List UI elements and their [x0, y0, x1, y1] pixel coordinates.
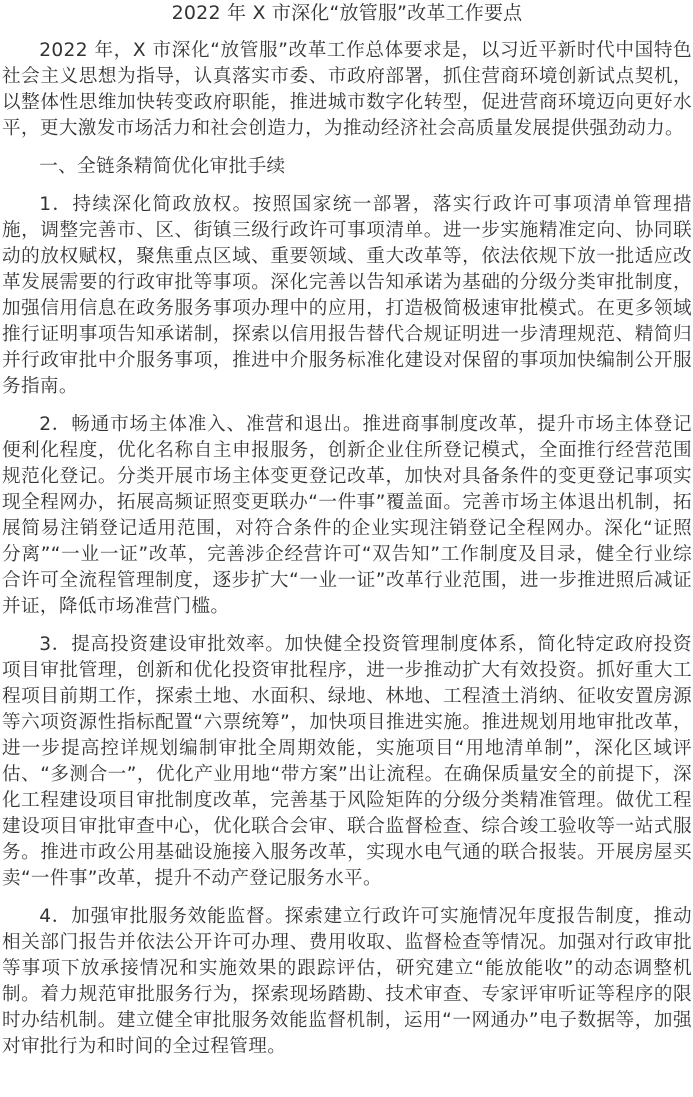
document: 2022 年 X 市深化“放管服”改革工作要点 2022 年，X 市深化“放管服… — [0, 0, 693, 1060]
item-paragraph-4: 4．加强审批服务效能监督。探索建立行政许可实施情况年度报告制度，推动相关部门报告… — [2, 904, 692, 1060]
item-paragraph-2: 2．畅通市场主体准入、准营和退出。推进商事制度改革，提升市场主体登记便利化程度，… — [2, 412, 692, 620]
section-heading: 一、全链条精简优化审批手续 — [2, 154, 692, 180]
item-paragraph-1: 1．持续深化简政放权。按照国家统一部署，落实行政许可事项清单管理措施，调整完善市… — [2, 192, 692, 400]
document-title: 2022 年 X 市深化“放管服”改革工作要点 — [2, 0, 692, 26]
intro-paragraph: 2022 年，X 市深化“放管服”改革工作总体要求是，以习近平新时代中国特色社会… — [2, 38, 692, 142]
item-paragraph-3: 3．提高投资建设审批效率。加快健全投资管理制度体系，简化特定政府投资项目审批管理… — [2, 632, 692, 892]
section-1: 一、全链条精简优化审批手续 1．持续深化简政放权。按照国家统一部署，落实行政许可… — [2, 154, 692, 1060]
